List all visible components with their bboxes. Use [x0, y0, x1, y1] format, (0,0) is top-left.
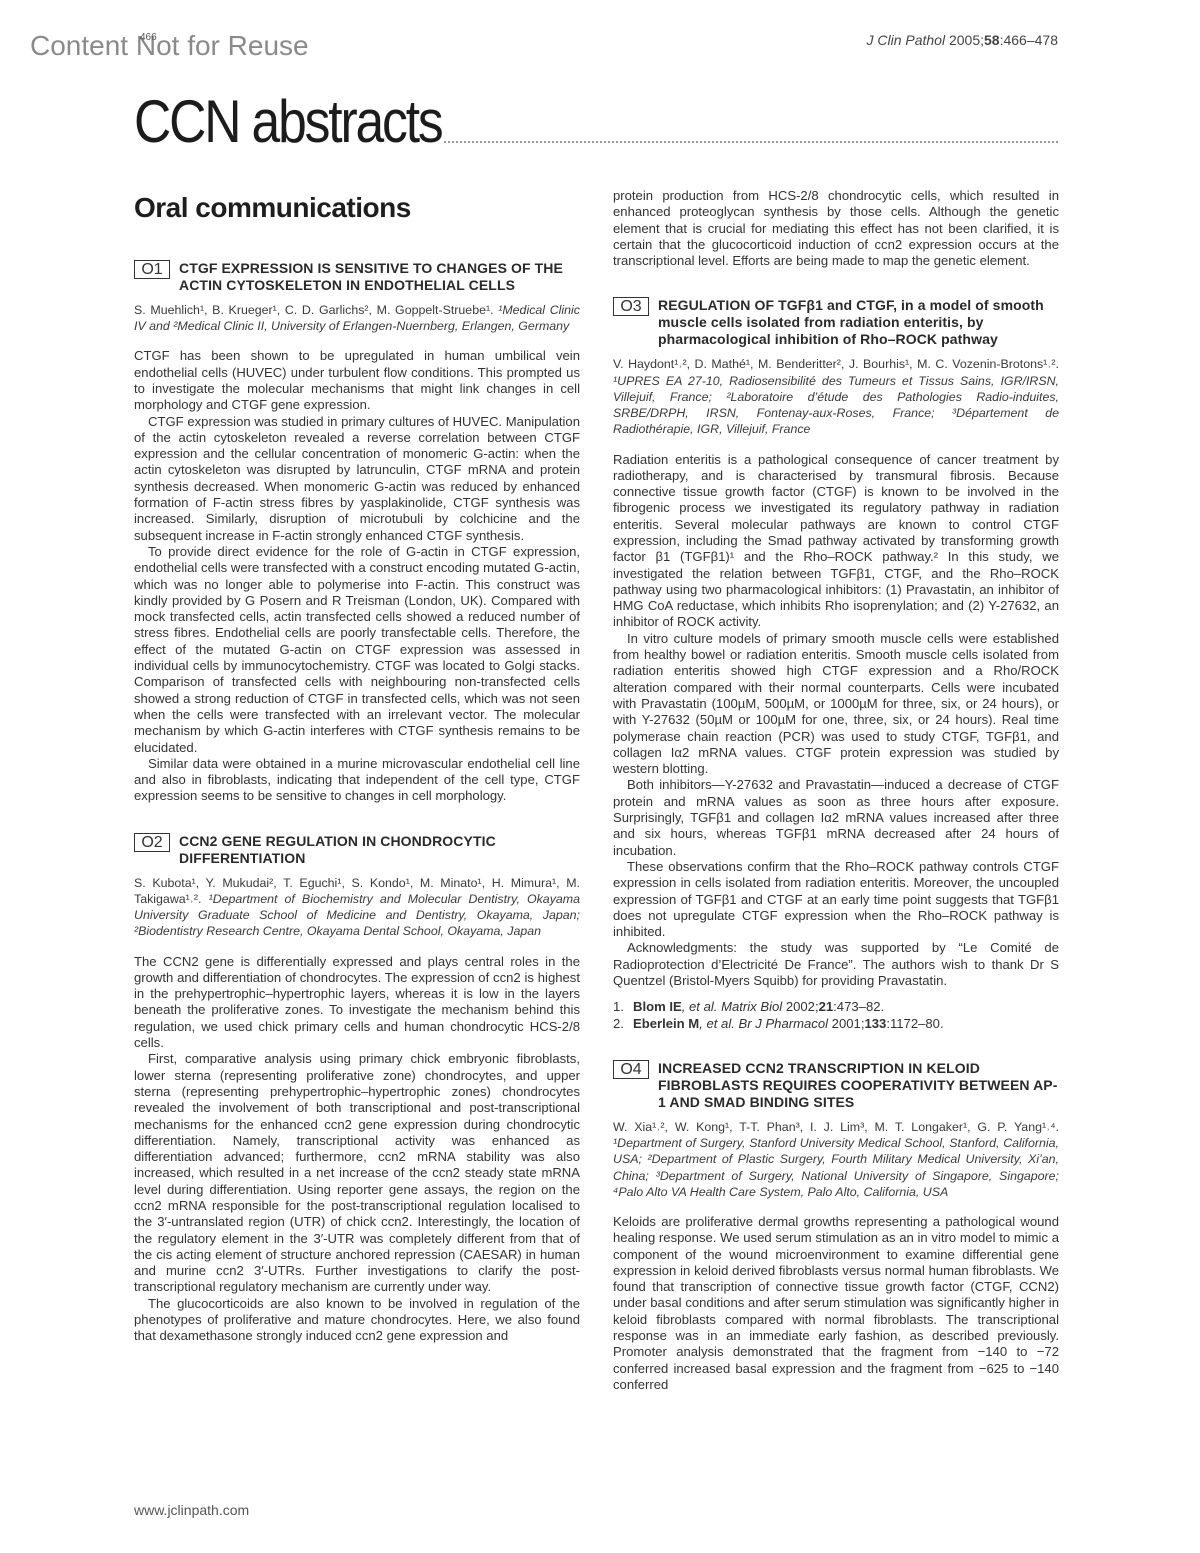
- abstract-paragraph-continued: protein production from HCS-2/8 chondroc…: [613, 188, 1059, 269]
- abstract-authors: S. Kubota¹, Y. Mukudai², T. Eguchi¹, S. …: [134, 875, 580, 940]
- reference-author: Eberlein M: [633, 1016, 699, 1031]
- abstract-header: O2 CCN2 GENE REGULATION IN CHONDROCYTIC …: [134, 833, 580, 867]
- section-heading: Oral communications: [134, 192, 580, 224]
- reference-volume: 133: [864, 1016, 886, 1031]
- abstract-paragraph: The CCN2 gene is differentially expresse…: [134, 954, 580, 1052]
- reference-list: 1. Blom IE, et al. Matrix Biol 2002;21:4…: [613, 999, 1059, 1032]
- abstract-paragraph: Radiation enteritis is a pathological co…: [613, 452, 1059, 631]
- journal-citation: J Clin Pathol 2005;58:466–478: [866, 32, 1058, 48]
- abstract-number-badge: O1: [134, 260, 170, 279]
- abstract-number-badge: O4: [613, 1060, 649, 1079]
- abstract-paragraph: Both inhibitors—Y-27632 and Pravastatin—…: [613, 777, 1059, 858]
- page-title-row: CCN abstracts: [134, 82, 1058, 152]
- abstract-paragraph: The glucocorticoids are also known to be…: [134, 1296, 580, 1345]
- author-list: V. Haydont¹˒², D. Mathé¹, M. Benderitter…: [613, 357, 1059, 371]
- abstract-title: CTGF EXPRESSION IS SENSITIVE TO CHANGES …: [179, 260, 580, 294]
- abstract-o2: O2 CCN2 GENE REGULATION IN CHONDROCYTIC …: [134, 833, 580, 1345]
- abstract-authors: V. Haydont¹˒², D. Mathé¹, M. Benderitter…: [613, 356, 1059, 437]
- journal-name: J Clin Pathol: [866, 32, 945, 48]
- left-column: Oral communications O1 CTGF EXPRESSION I…: [134, 188, 580, 1345]
- abstract-paragraph: Similar data were obtained in a murine m…: [134, 756, 580, 805]
- abstract-number-badge: O3: [613, 297, 649, 316]
- journal-volume: 58: [984, 32, 1000, 48]
- abstract-paragraph: Keloids are proliferative dermal growths…: [613, 1214, 1059, 1393]
- reference-item: 2. Eberlein M, et al. Br J Pharmacol 200…: [613, 1016, 1059, 1032]
- abstract-paragraph: These observations confirm that the Rho–…: [613, 859, 1059, 940]
- affiliations: ¹Department of Biochemistry and Molecula…: [134, 892, 580, 938]
- abstract-paragraph: To provide direct evidence for the role …: [134, 544, 580, 756]
- title-dotted-rule: [444, 141, 1058, 143]
- page-title: CCN abstracts: [134, 92, 442, 152]
- abstract-authors: W. Xia¹˒², W. Kong¹, T-T. Phan³, I. J. L…: [613, 1119, 1059, 1200]
- reference-number: 2.: [613, 1016, 633, 1032]
- author-list: S. Muehlich¹, B. Krueger¹, C. D. Garlich…: [134, 303, 494, 317]
- abstract-o1: O1 CTGF EXPRESSION IS SENSITIVE TO CHANG…: [134, 260, 580, 805]
- affiliations: ¹UPRES EA 27-10, Radiosensibilité des Tu…: [613, 374, 1059, 437]
- reference-year: 2001;: [828, 1016, 864, 1031]
- abstract-paragraph: First, comparative analysis using primar…: [134, 1051, 580, 1295]
- abstract-authors: S. Muehlich¹, B. Krueger¹, C. D. Garlich…: [134, 302, 580, 334]
- abstract-header: O3 REGULATION OF TGFβ1 and CTGF, in a mo…: [613, 297, 1059, 348]
- reference-number: 1.: [613, 999, 633, 1015]
- abstract-o4: O4 INCREASED CCN2 TRANSCRIPTION IN KELOI…: [613, 1060, 1059, 1393]
- acknowledgments: Acknowledgments: the study was supported…: [613, 940, 1059, 989]
- author-list: W. Xia¹˒², W. Kong¹, T-T. Phan³, I. J. L…: [613, 1120, 1059, 1134]
- reference-journal: Br J Pharmacol: [739, 1016, 829, 1031]
- reference-volume: 21: [819, 999, 834, 1014]
- abstract-paragraph: CTGF has been shown to be upregulated in…: [134, 348, 580, 413]
- reference-etal: , et al.: [699, 1016, 738, 1031]
- abstract-title: CCN2 GENE REGULATION IN CHONDROCYTIC DIF…: [179, 833, 580, 867]
- affiliations: ¹Department of Surgery, Stanford Univers…: [613, 1136, 1059, 1199]
- reference-pages: :473–82.: [833, 999, 884, 1014]
- reference-etal: , et al.: [682, 999, 721, 1014]
- footer-website-link[interactable]: www.jclinpath.com: [134, 1502, 249, 1518]
- abstract-header: O1 CTGF EXPRESSION IS SENSITIVE TO CHANG…: [134, 260, 580, 294]
- page-number: 466: [140, 32, 157, 43]
- abstract-paragraph: In vitro culture models of primary smoot…: [613, 631, 1059, 778]
- watermark-text: Content Not for Reuse: [30, 30, 309, 62]
- abstract-title: REGULATION OF TGFβ1 and CTGF, in a model…: [658, 297, 1059, 348]
- abstract-title: INCREASED CCN2 TRANSCRIPTION IN KELOID F…: [658, 1060, 1059, 1111]
- abstract-o3: O3 REGULATION OF TGFβ1 and CTGF, in a mo…: [613, 297, 1059, 1031]
- reference-author: Blom IE: [633, 999, 682, 1014]
- journal-pages: :466–478: [1000, 32, 1058, 48]
- reference-pages: :1172–80.: [886, 1016, 943, 1031]
- reference-year: 2002;: [782, 999, 818, 1014]
- abstract-paragraph: CTGF expression was studied in primary c…: [134, 414, 580, 544]
- right-column: protein production from HCS-2/8 chondroc…: [613, 188, 1059, 1393]
- reference-journal: Matrix Biol: [721, 999, 782, 1014]
- abstract-number-badge: O2: [134, 833, 170, 852]
- journal-year: 2005;: [949, 32, 984, 48]
- reference-item: 1. Blom IE, et al. Matrix Biol 2002;21:4…: [613, 999, 1059, 1015]
- abstract-header: O4 INCREASED CCN2 TRANSCRIPTION IN KELOI…: [613, 1060, 1059, 1111]
